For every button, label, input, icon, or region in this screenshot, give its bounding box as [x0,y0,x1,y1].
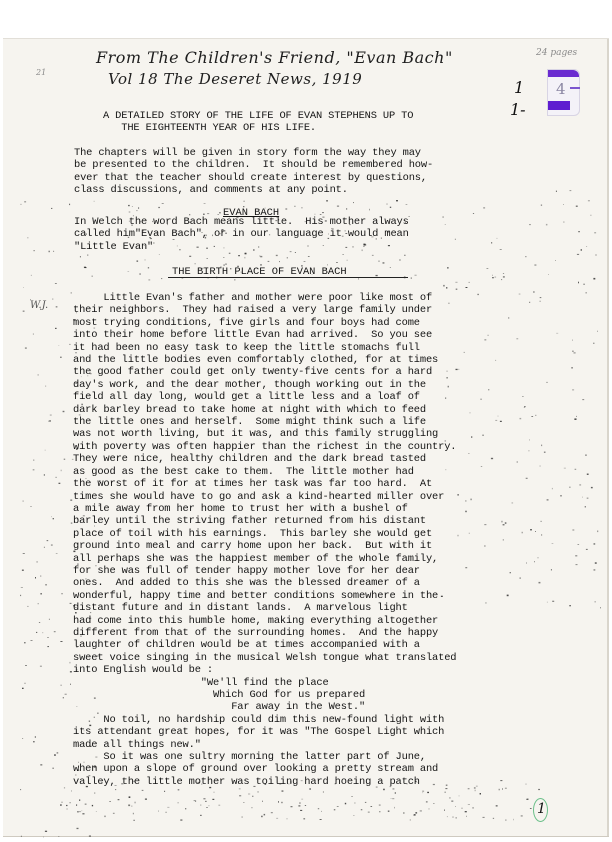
birth-place-body: Little Evan's father and mother were poo… [73,292,456,788]
handwritten-source-line-1: From The Children's Friend, "Evan Bach" [96,48,453,67]
pencil-page-count: 24 pages [536,48,577,58]
handwritten-mark-2: 1- [510,100,526,119]
pencil-corner-mark: 21 [36,68,46,77]
tab-color-band-bottom [548,101,570,110]
intro-paragraph: The chapters will be given in story form… [74,147,433,197]
tab-number: 4 [556,80,566,98]
margin-note: W.J. [30,300,48,311]
handwritten-source-line-2: Vol 18 The Deseret News, 1919 [108,70,362,88]
tab-color-band-top [548,70,579,77]
document-title: A DETAILED STORY OF THE LIFE OF EVAN STE… [103,110,413,135]
handwritten-mark-1: 1 [514,78,524,97]
tab-dash [570,87,580,89]
page-number: 1 [537,801,546,817]
heading-underline [168,277,408,278]
page-edge [607,39,609,836]
page-number-circle: 1 [533,798,548,822]
index-tab: 4 [547,69,580,116]
evan-bach-paragraph: In Welch the word Bach means little. His… [74,216,409,253]
